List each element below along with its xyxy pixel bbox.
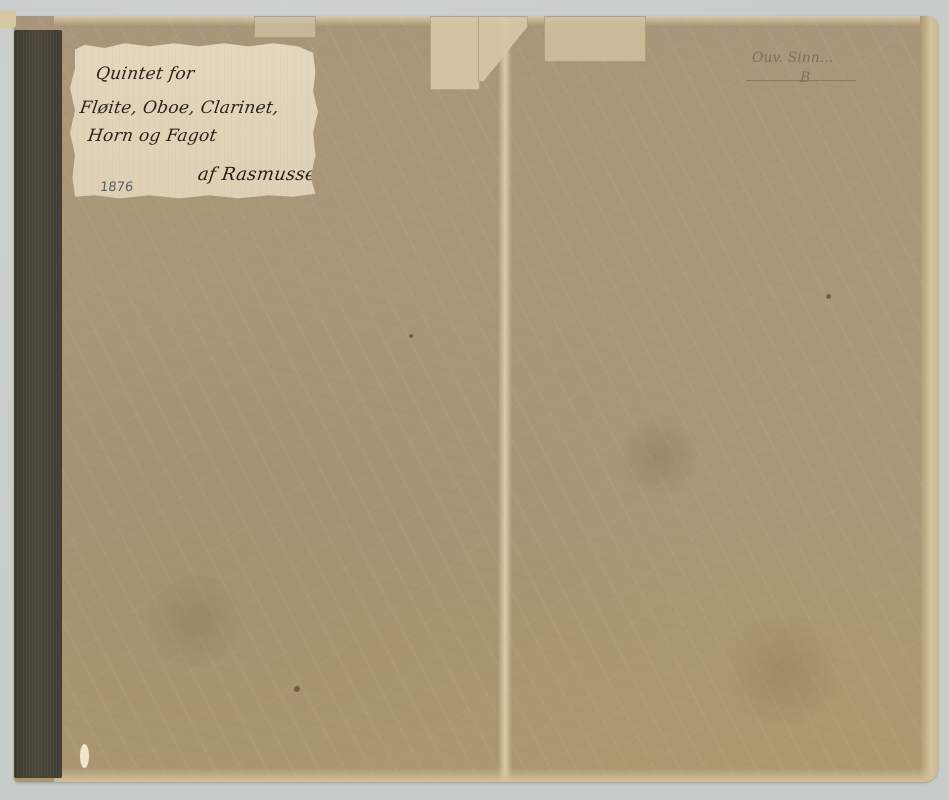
corner-tear [80,744,89,768]
center-fold-crease [498,16,512,782]
label-year: 1876 [99,180,134,195]
label-instruments-line: Fløite, Oboe, Clarinet, [79,98,281,118]
pencil-annotation-sub: B [800,70,810,86]
water-stain [614,416,704,496]
pencil-annotation: Ouv. Sinn... [752,50,833,66]
label-composer-line: af Rasmussen [197,164,330,185]
manuscript-cover: Quintet for Fløite, Oboe, Clarinet, Horn… [14,16,938,782]
worn-right-edge [920,16,938,782]
spine-top-tear [0,10,16,28]
ink-spot [409,334,413,338]
label-instruments-line-2: Horn og Fagot [87,126,218,146]
title-label: Quintet for Fløite, Oboe, Clarinet, Horn… [70,40,318,200]
label-title-line: Quintet for [95,64,196,84]
tape-repair-left [430,16,480,90]
paper-repair-strip [254,16,316,38]
water-stain [134,576,254,666]
tape-repair-right [544,16,646,62]
worn-bottom-edge [54,768,938,782]
ink-spot [294,686,300,692]
ink-spot [826,294,831,299]
cloth-spine [14,30,62,778]
water-stain [714,616,854,726]
